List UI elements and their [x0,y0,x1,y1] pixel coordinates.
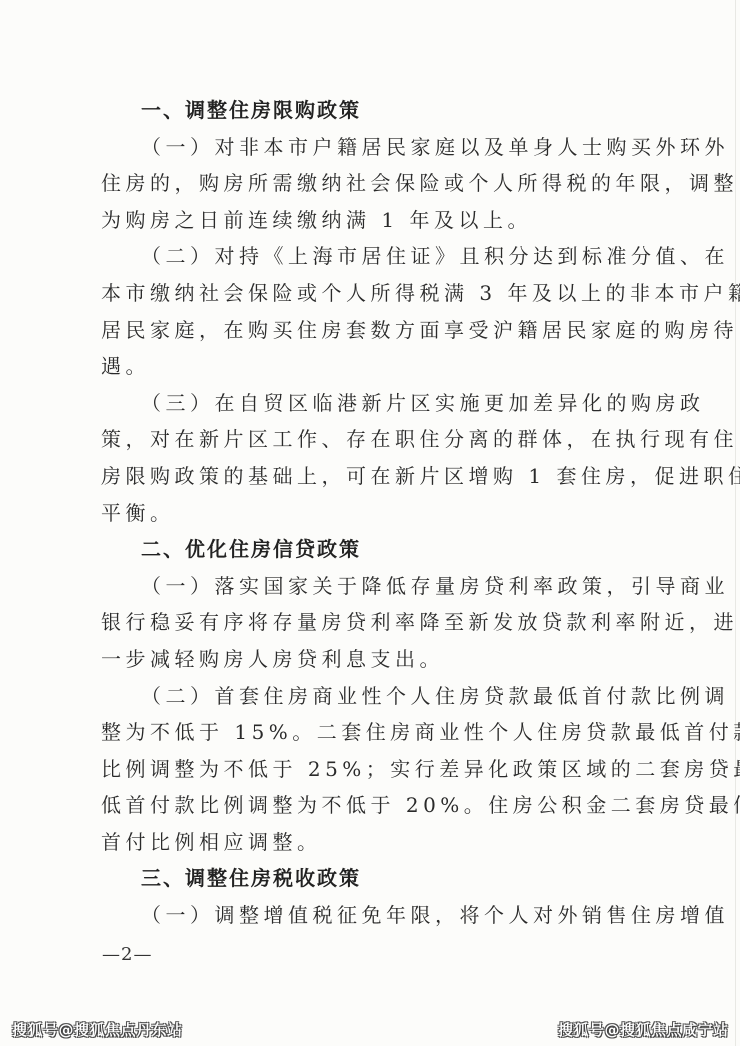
section-heading-1: 一、调整住房限购政策 [101,92,617,129]
text-line: （二）对持《上海市居住证》且积分达到标准分值、在 [101,238,617,275]
text-line: 策，对在新片区工作、存在职住分离的群体，在执行现有住 [101,421,617,458]
paragraph-1-3: （三）在自贸区临港新片区实施更加差异化的购房政 策，对在新片区工作、存在职住分离… [101,385,617,531]
paragraph-2-2: （二）首套住房商业性个人住房贷款最低首付款比例调 整为不低于 15%。二套住房商… [101,678,617,861]
section-heading-3: 三、调整住房税收政策 [101,860,617,897]
text-line: 银行稳妥有序将存量房贷利率降至新发放贷款利率附近，进 [101,604,617,641]
paragraph-1-2: （二）对持《上海市居住证》且积分达到标准分值、在 本市缴纳社会保险或个人所得税满… [101,238,617,384]
paragraph-3-1: （一）调整增值税征免年限，将个人对外销售住房增值 [101,897,617,934]
text-line: （一）对非本市户籍居民家庭以及单身人士购买外环外 [101,129,617,166]
text-line: 为购房之日前连续缴纳满 1 年及以上。 [101,202,617,239]
text-line: 房限购政策的基础上，可在新片区增购 1 套住房，促进职住 [101,458,617,495]
document-page: 一、调整住房限购政策 （一）对非本市户籍居民家庭以及单身人士购买外环外 住房的，… [0,0,740,1046]
watermark-right: 搜狐号@搜狐焦点咸宁站 [558,1019,729,1040]
text-line: （一）调整增值税征免年限，将个人对外销售住房增值 [101,897,617,934]
text-line: （三）在自贸区临港新片区实施更加差异化的购房政 [101,385,617,422]
paragraph-1-1: （一）对非本市户籍居民家庭以及单身人士购买外环外 住房的，购房所需缴纳社会保险或… [101,129,617,239]
watermark-left: 搜狐号@搜狐焦点丹东站 [12,1019,183,1040]
page-number: —2— [102,944,152,965]
text-line: 首付比例相应调整。 [101,824,617,861]
text-line: 整为不低于 15%。二套住房商业性个人住房贷款最低首付款 [101,714,617,751]
scan-edge-line [735,0,736,1046]
text-line: 低首付款比例调整为不低于 20%。住房公积金二套房贷最低 [101,787,617,824]
text-line: 居民家庭，在购买住房套数方面享受沪籍居民家庭的购房待 [101,312,617,349]
text-line: 比例调整为不低于 25%；实行差异化政策区域的二套房贷最 [101,751,617,788]
text-line: 遇。 [101,348,617,385]
text-line: 平衡。 [101,495,617,532]
document-body: 一、调整住房限购政策 （一）对非本市户籍居民家庭以及单身人士购买外环外 住房的，… [101,92,617,934]
section-heading-2: 二、优化住房信贷政策 [101,531,617,568]
text-line: （二）首套住房商业性个人住房贷款最低首付款比例调 [101,678,617,715]
text-line: 本市缴纳社会保险或个人所得税满 3 年及以上的非本市户籍 [101,275,617,312]
text-line: （一）落实国家关于降低存量房贷利率政策，引导商业 [101,568,617,605]
text-line: 住房的，购房所需缴纳社会保险或个人所得税的年限，调整 [101,165,617,202]
text-line: 一步减轻购房人房贷利息支出。 [101,641,617,678]
paragraph-2-1: （一）落实国家关于降低存量房贷利率政策，引导商业 银行稳妥有序将存量房贷利率降至… [101,568,617,678]
